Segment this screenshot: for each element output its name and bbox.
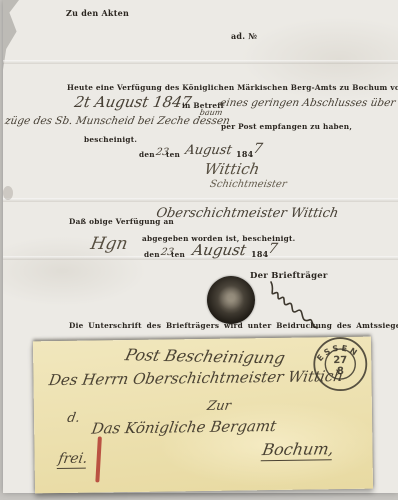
envelope-address-prefix: d. [66, 411, 81, 426]
printed-receipt-line: Heute eine Verfügung des Königlichen Mär… [67, 83, 398, 92]
handwritten-year-digit: 7 [252, 141, 264, 157]
printed-year: 184 [236, 149, 253, 159]
envelope-address-line: Das Königliche Bergamt [90, 417, 277, 438]
seal-inner-relief [217, 286, 245, 314]
envelope-address-line: Des Herrn Oberschichtmeister Wittich [48, 367, 345, 389]
handwritten-place-scribble: Hgn [89, 234, 129, 254]
envelope-title-line: Post Bescheinigung [123, 345, 287, 367]
official-seal-stamp [207, 276, 255, 324]
recipient-signature-title: Schichtmeister [209, 179, 288, 190]
ink-smudge [3, 186, 13, 200]
footer-seal-note: Die Unterschrift des Briefträgers wird u… [69, 321, 398, 330]
handwritten-recipient: Oberschichtmeister Wittich [155, 206, 340, 221]
ad-number-label: ad. № [231, 31, 257, 41]
postmark-day: 27 [333, 355, 347, 366]
handwritten-month: August [191, 241, 248, 259]
envelope: Post Bescheinigung Des Herrn Oberschicht… [33, 337, 373, 494]
printed-per-post: per Post empfangen zu haben, [221, 122, 352, 131]
destination-city: Bochum, [261, 439, 336, 461]
printed-den: den [139, 150, 155, 159]
handwritten-subject-line2: züge des Sb. Munscheid bei Zeche dessen [4, 115, 231, 127]
handwritten-month: August [184, 143, 233, 158]
handwritten-subject-line1: eines geringen Abschlusses über [219, 97, 396, 109]
paper-crease [3, 198, 398, 202]
printed-ten: ten [166, 150, 180, 159]
photo-backdrop: Zu den Akten ad. № Heute eine Verfügung … [0, 0, 398, 500]
handwritten-year-digit: 7 [267, 241, 279, 257]
handwritten-date-entry: 2t August 1847 [73, 93, 193, 111]
paper-crease [3, 60, 398, 64]
printed-ten: ten [171, 250, 185, 259]
franking-note: frei. [57, 451, 89, 469]
printed-den: den [144, 250, 160, 259]
red-crayon-mark [95, 436, 102, 482]
file-note: Zu den Akten [66, 8, 129, 18]
recipient-signature: Wittich [203, 160, 261, 178]
postmark-month: 8 [337, 366, 344, 377]
envelope-address-line: Zur [206, 399, 232, 414]
postmark-stamp: ESSEN 27 8 [309, 331, 372, 394]
printed-year: 184 [251, 249, 268, 259]
printed-bescheinigt: bescheinigt. [84, 135, 137, 144]
